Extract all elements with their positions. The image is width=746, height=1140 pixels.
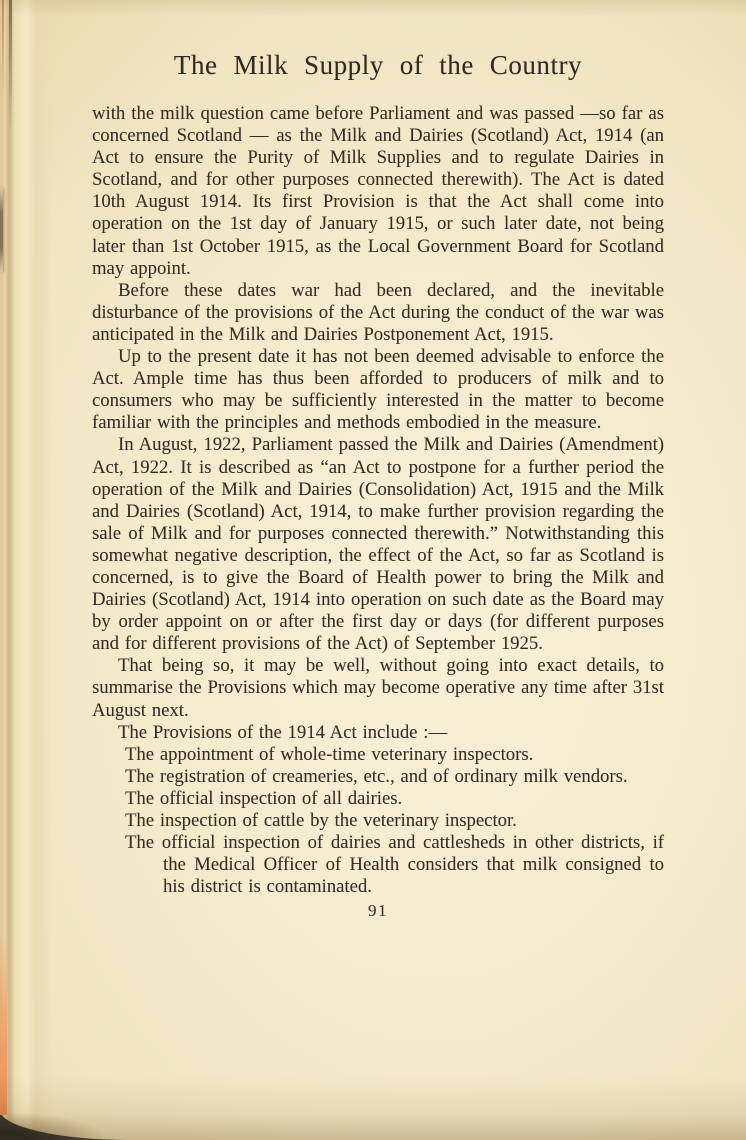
- paragraph-3: Up to the present date it has not been d…: [92, 346, 664, 434]
- page-title: The Milk Supply of the Country: [92, 48, 664, 82]
- paragraph-4: In August, 1922, Parliament passed the M…: [92, 434, 664, 655]
- provisions-intro: The Provisions of the 1914 Act include :…: [92, 722, 664, 744]
- page-content: The Milk Supply of the Country with the …: [92, 48, 664, 922]
- provision-item-3: The official inspection of all dairies.: [125, 788, 664, 810]
- provisions-list: The appointment of whole-time veterinary…: [92, 744, 664, 899]
- page-number: 91: [92, 900, 664, 922]
- page-fore-edge-tint: [0, 935, 7, 1115]
- book-page-photo: The Milk Supply of the Country with the …: [0, 0, 746, 1140]
- binding-crease-top: [9, 0, 12, 130]
- paragraph-1: with the milk question came before Parli…: [92, 103, 664, 280]
- provision-item-4: The inspection of cattle by the veterina…: [125, 810, 664, 832]
- binding-crease-mid: [0, 188, 3, 272]
- provision-item-5: The official inspection of dairies and c…: [125, 832, 664, 898]
- paragraph-5: That being so, it may be well, without g…: [92, 655, 664, 721]
- provision-item-1: The appointment of whole-time veterinary…: [125, 744, 664, 766]
- binding-red-line: [2, 0, 4, 100]
- provision-item-2: The registration of creameries, etc., an…: [125, 766, 664, 788]
- book-page: The Milk Supply of the Country with the …: [0, 0, 746, 1140]
- paragraph-2: Before these dates war had been declared…: [92, 280, 664, 346]
